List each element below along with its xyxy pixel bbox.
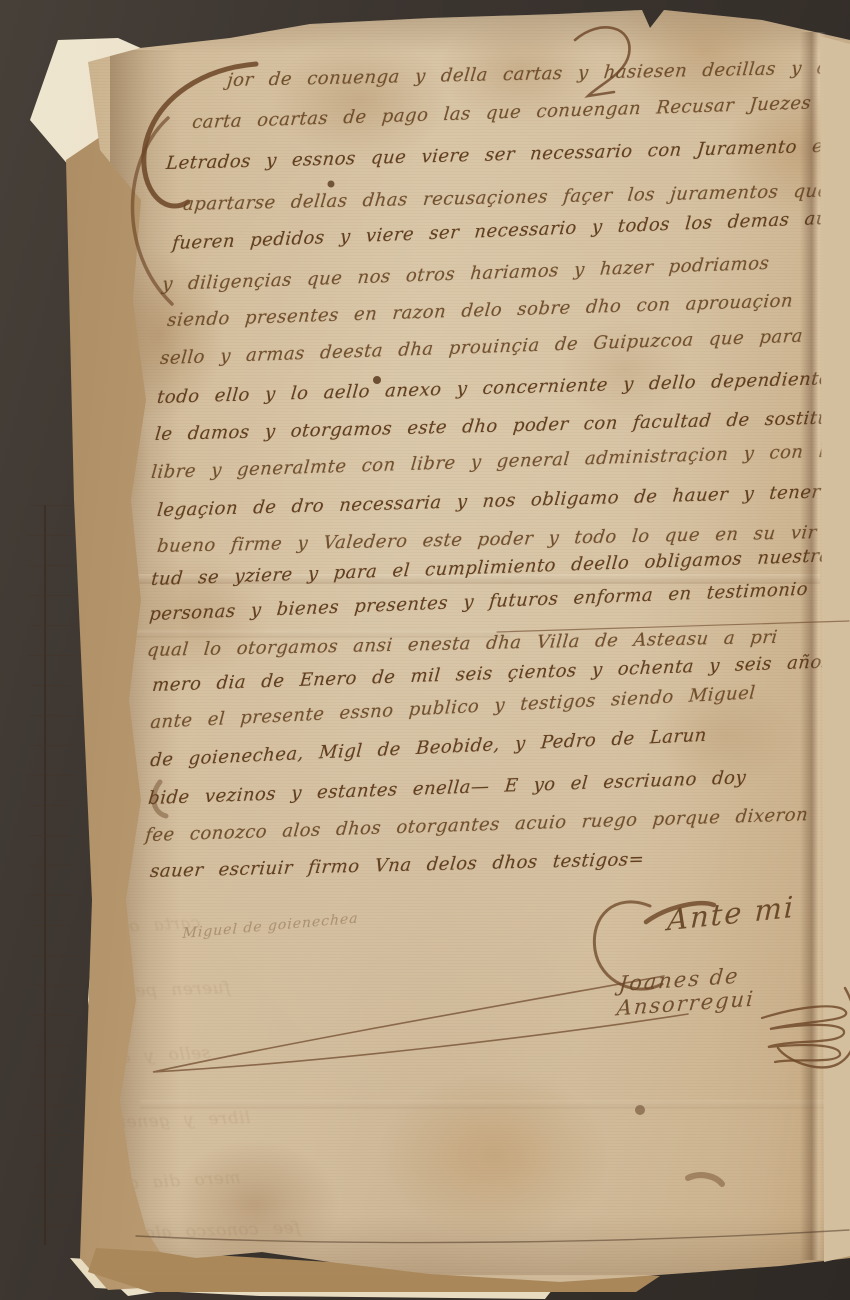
ante-mi-capital-flourish bbox=[594, 902, 662, 989]
ink-smudge bbox=[688, 1175, 722, 1184]
rubric-scribble bbox=[762, 1006, 846, 1062]
manuscript-photo: { "photo": { "backdrop_color": "#3a332e"… bbox=[0, 0, 850, 1300]
marginal-ink-mark bbox=[154, 782, 166, 816]
ante-mi-tilde-stroke bbox=[646, 903, 714, 922]
ink-blot bbox=[373, 376, 381, 384]
bottom-crease-line bbox=[136, 1230, 849, 1243]
ink-flourishes-layer bbox=[0, 0, 850, 1300]
opening-flourish-loop bbox=[133, 118, 173, 304]
ink-blot bbox=[635, 1105, 645, 1115]
ink-blot bbox=[328, 181, 335, 188]
opening-flourish bbox=[144, 64, 256, 206]
pen-rule-line bbox=[497, 621, 849, 632]
signature-sweep-flourish bbox=[153, 976, 688, 1072]
paraph-two-flourish bbox=[575, 27, 629, 96]
